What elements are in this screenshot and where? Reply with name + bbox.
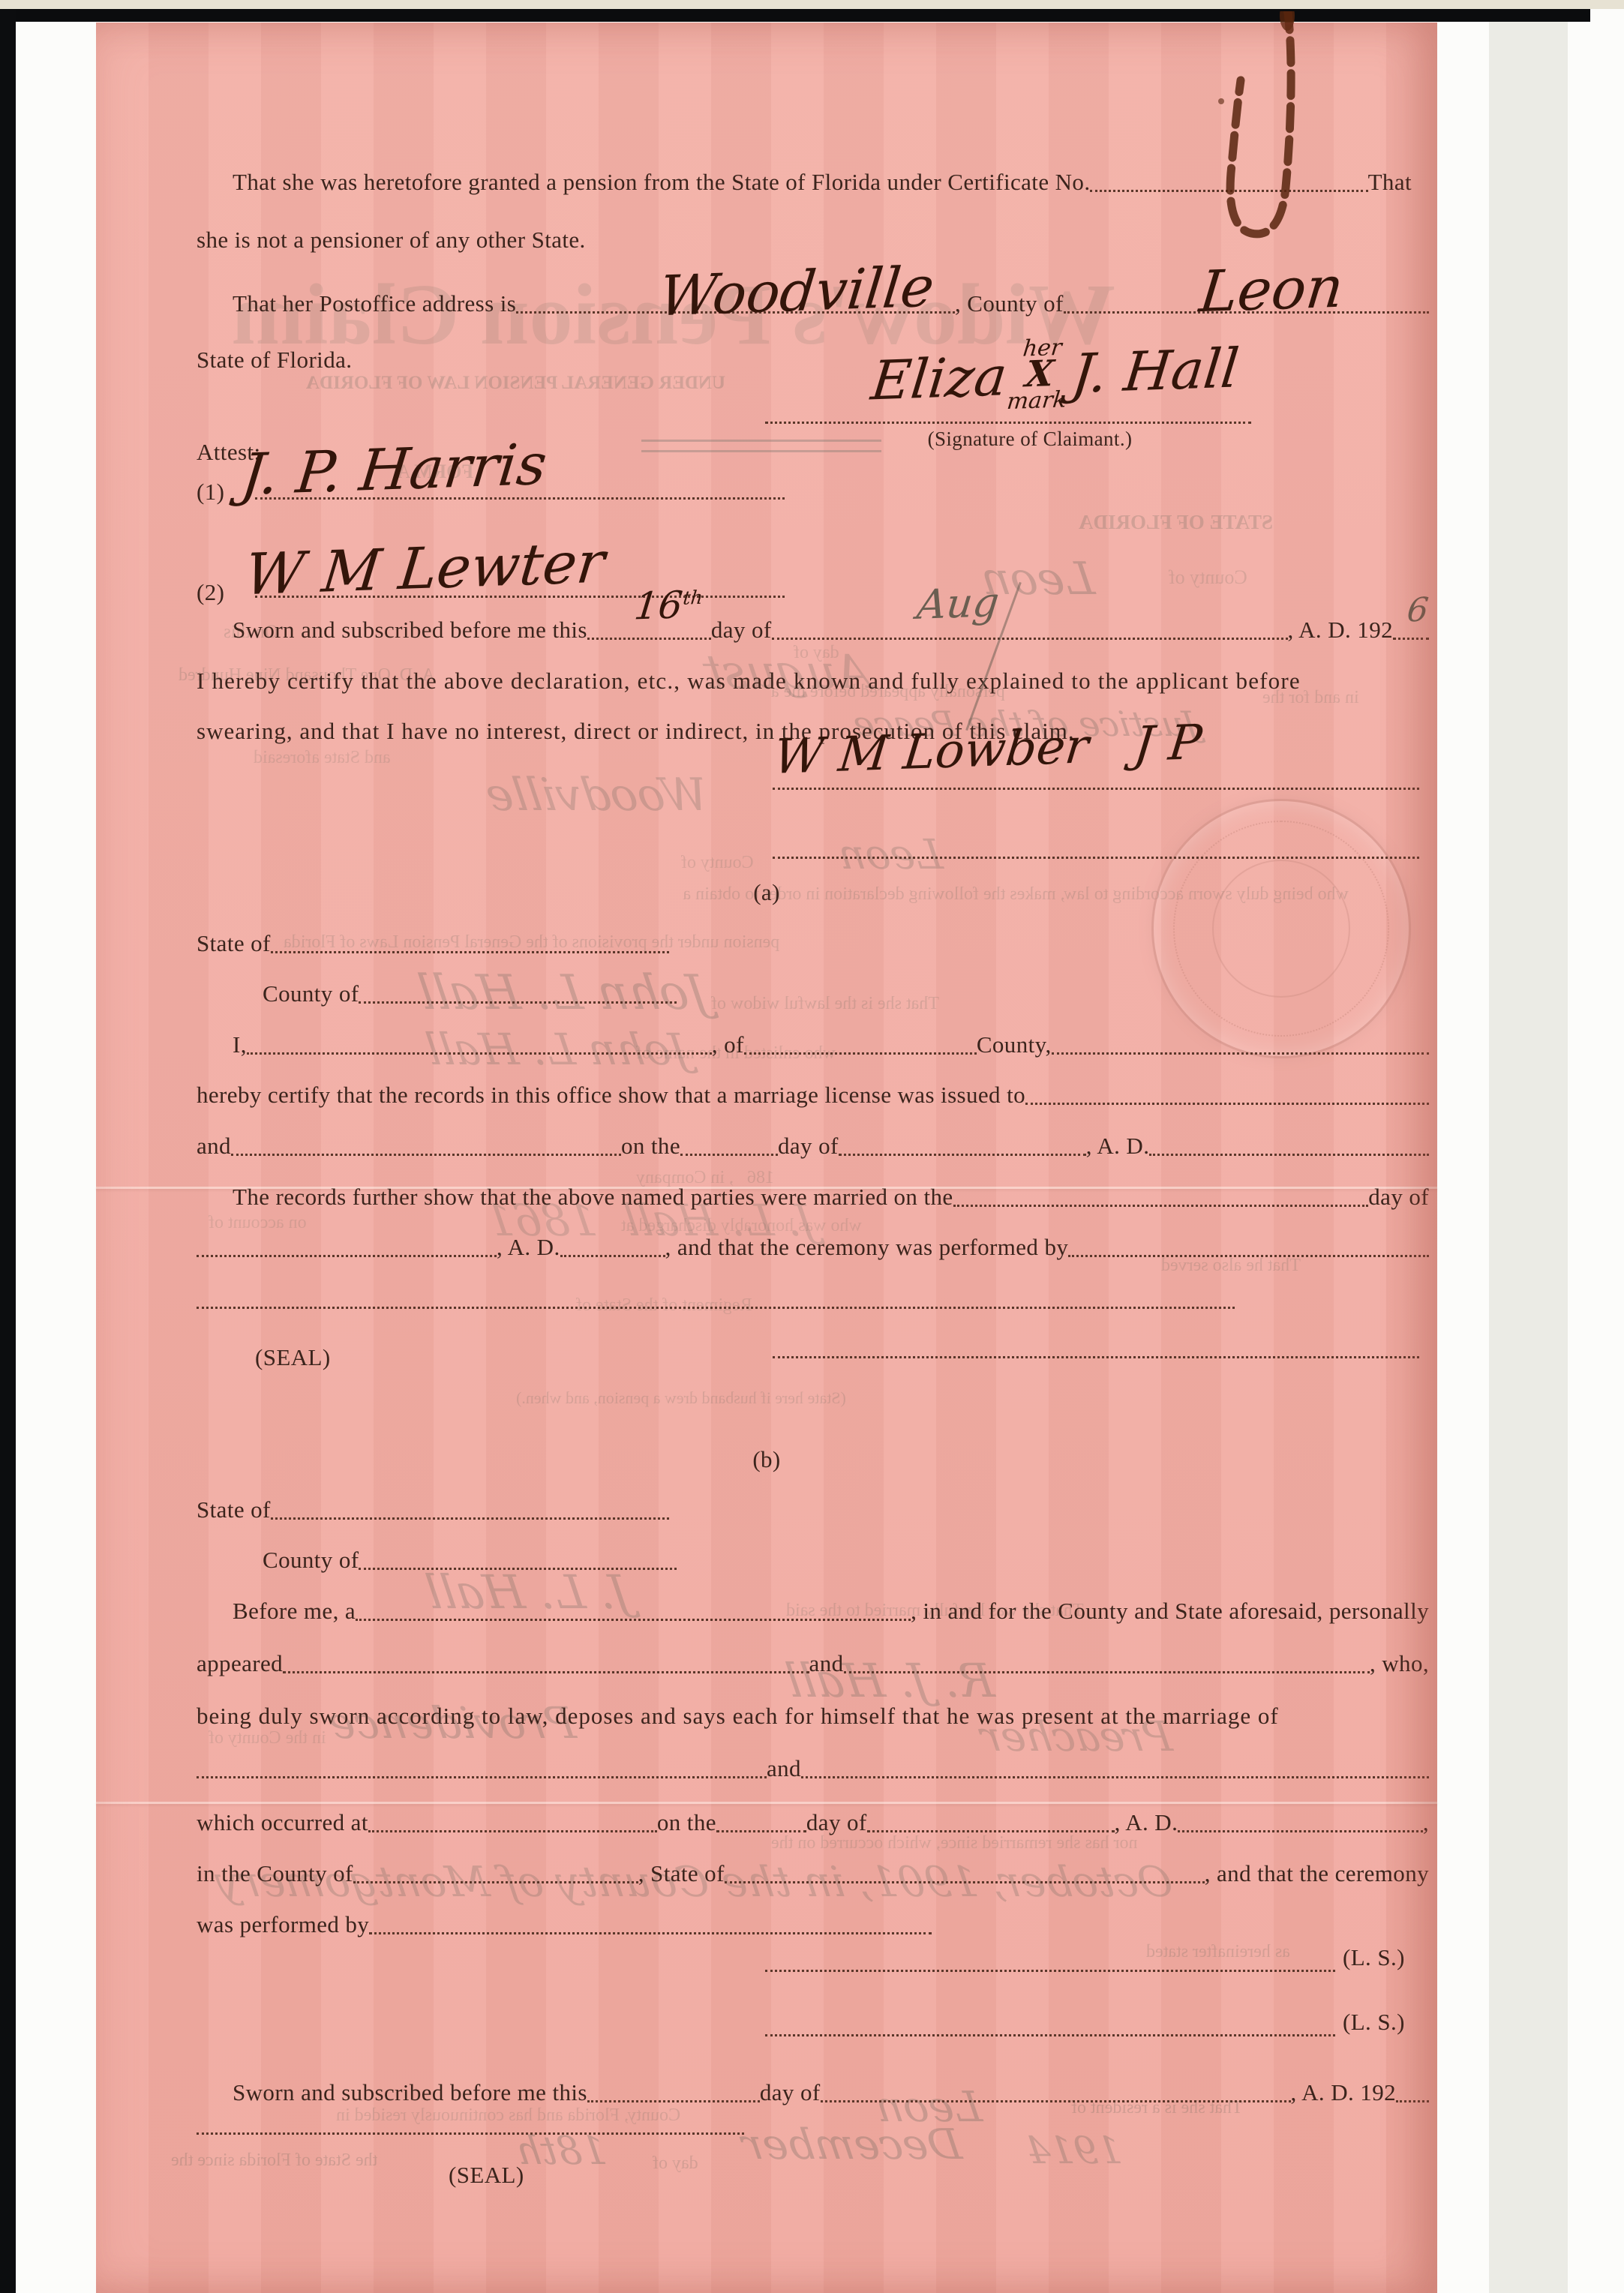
her-mark-stack: herXmark (1006, 337, 1073, 412)
ghost-script-leon-2: Leon (836, 834, 944, 875)
b-comma: , (1423, 1809, 1429, 1836)
embossed-notary-seal (1151, 799, 1411, 1058)
sworn1-ad: , A. D. 192 (1288, 617, 1393, 644)
ghost-day-of: day of (794, 644, 839, 662)
a-certify-row: hereby certify that the records in this … (197, 1082, 1429, 1109)
b-occurred-row: which occurred at on the day of , A. D. … (197, 1809, 1429, 1836)
witness2-num: (2) (197, 579, 224, 606)
ghost-resided: County, Florida and has continuously res… (336, 2106, 680, 2125)
paper-crease (96, 1802, 1437, 1804)
hw-claimant-signature: ElizaherXmarkJ. Hall (868, 332, 1243, 417)
ghost-script-december: December (740, 2124, 964, 2166)
a-day-blank (680, 1154, 778, 1156)
b-performed-row: was performed by (197, 1911, 932, 1938)
a-county2-label: County, (977, 1031, 1052, 1058)
b-inandfor-text: , in and for the County and State afores… (911, 1598, 1429, 1625)
hw-jhall: J. Hall (1070, 341, 1241, 401)
ls2-line (765, 2034, 1335, 2036)
state-florida-text: State of Florida. (197, 347, 352, 374)
section-b-label: (b) (752, 1446, 780, 1473)
hw-th: th (682, 587, 704, 609)
a-state-blank (271, 951, 669, 953)
postoffice-label: That her Postoffice address is (233, 290, 516, 317)
ghost-county-of: County of (1169, 567, 1247, 587)
b-witness2-blank (844, 1671, 1370, 1673)
hw-year-6: 6 (1406, 594, 1430, 628)
ghost-subtitle: UNDER GENERAL PENSION LAW OF FLORIDA (306, 374, 725, 393)
section-b-row: (b) (96, 1446, 1437, 1473)
ghost-since: the State of Florida since the (171, 2151, 377, 2170)
b-incounty-label: in the County of (197, 1860, 353, 1887)
scan-backing-sheet (1489, 22, 1568, 2293)
a-and-row: and on the day of , A. D. (197, 1133, 1429, 1160)
claimant-signature-line (765, 422, 1251, 424)
hw-jp-signature-lowber: W M Lowber J P (771, 719, 1204, 782)
a-seal-row: (SEAL) (255, 1344, 331, 1371)
a-i-row: I, , of County, (233, 1031, 1429, 1058)
ls2-label: (L. S.) (1343, 2009, 1405, 2036)
ls1-label: (L. S.) (1343, 1944, 1405, 1971)
bottom-left-line (197, 2132, 744, 2135)
b-state-blank (271, 1517, 669, 1520)
b-day-blank (716, 1830, 806, 1832)
sworn1-row: Sworn and subscribed before me this day … (233, 617, 1429, 644)
a-records-row: The records further show that the above … (233, 1184, 1429, 1211)
hw-16: 16 (632, 583, 685, 628)
b-ceremony2-text: , and that the ceremony (1205, 1860, 1429, 1887)
a-county2-blank (1052, 1052, 1429, 1055)
a-and-label: and (197, 1133, 231, 1160)
a-month2-blank (197, 1255, 497, 1257)
hw-postoffice-woodville: Woodville (656, 260, 937, 325)
scan-top-edge (0, 0, 1624, 9)
b-county-label: County of (263, 1547, 359, 1574)
b-year-blank (1178, 1830, 1423, 1832)
hw-eliza: Eliza (869, 349, 1010, 407)
sworn2-year-blank (1396, 2100, 1429, 2102)
sworn1-month-blank (772, 638, 1288, 640)
seal2-label: (SEAL) (449, 2162, 524, 2189)
ls1-row: (L. S.) (1343, 1944, 1405, 1971)
a-dayof-label: day of (778, 1133, 839, 1160)
b-county2-row: in the County of , State of , and that t… (197, 1860, 1429, 1887)
sworn2-dayof: day of (760, 2079, 821, 2106)
b-witness1-blank (283, 1671, 809, 1673)
a-long-line (197, 1307, 1235, 1309)
ghost-underline-1 (641, 440, 881, 442)
ghost-script-18th: 18th (513, 2132, 609, 2171)
ink-blot (1169, 11, 1394, 296)
ghost-state-here: (State here if husband drew a pension, a… (516, 1389, 846, 1406)
b-performer-blank (369, 1932, 932, 1934)
b-county2-blank (353, 1881, 638, 1883)
b-groom-blank (197, 1776, 767, 1778)
sworn2-text: Sworn and subscribed before me this (233, 2079, 587, 2106)
b-duly-row: being duly sworn according to law, depos… (197, 1703, 1279, 1730)
b-month-blank (867, 1830, 1115, 1832)
witness1-num: (1) (197, 479, 224, 506)
b-and-label: and (809, 1650, 844, 1677)
b-appeared-label: appeared (197, 1650, 283, 1677)
ghost-account: on account of (209, 1214, 307, 1232)
ghost-hereinafter: as hereinafter stated (1146, 1943, 1290, 1961)
a-official-line (773, 1356, 1419, 1358)
line-state-florida: State of Florida. (197, 347, 352, 374)
sworn2-row: Sworn and subscribed before me this day … (233, 2079, 1429, 2106)
a-ad-label: , A. D. (1086, 1133, 1150, 1160)
b-performed-label: was performed by (197, 1911, 369, 1938)
b-before-row: Before me, a , in and for the County and… (233, 1598, 1429, 1625)
a-of-blank (744, 1052, 977, 1055)
not-pensioner-text: she is not a pensioner of any other Stat… (197, 227, 586, 254)
a-state-row: State of (197, 930, 669, 957)
signature-caption-row: (Signature of Claimant.) (846, 428, 1214, 451)
sworn1-text: Sworn and subscribed before me this (233, 617, 587, 644)
b-and2-row: and (197, 1755, 1429, 1782)
a-performer-blank (1068, 1255, 1429, 1257)
a-records-dayof: day of (1368, 1184, 1429, 1211)
line-not-pensioner: she is not a pensioner of any other Stat… (197, 227, 586, 254)
jp-second-line (773, 857, 1419, 859)
a-issued-blank (1025, 1103, 1429, 1105)
ghost-in-county: in the County of (209, 1729, 326, 1748)
sworn2-day-blank (587, 2100, 760, 2102)
sworn2-month-blank (821, 2100, 1291, 2102)
b-place-blank (368, 1830, 657, 1832)
b-county-blank (359, 1568, 677, 1570)
certify1-text: I hereby certify that the above declarat… (197, 668, 1301, 695)
b-officer-blank (356, 1619, 911, 1621)
a-name-blank (247, 1052, 712, 1055)
hw-witness1-harris: J. P. Harris (239, 436, 549, 503)
b-appeared-row: appeared and , who, (197, 1650, 1429, 1677)
b-before-label: Before me, a (233, 1598, 356, 1625)
ghost-remarried: nor has she remarried since, which occur… (771, 1834, 1137, 1853)
signature-caption: (Signature of Claimant.) (928, 428, 1133, 451)
hw-month-aug: Aug (915, 582, 1001, 626)
a-i-label: I, (233, 1031, 247, 1058)
ls1-line (765, 1970, 1335, 1972)
ls2-row: (L. S.) (1343, 2009, 1405, 2036)
a-of-label: , of (712, 1031, 744, 1058)
witness2-number: (2) (197, 579, 224, 606)
a-and-blank (231, 1154, 621, 1156)
scanned-document: Widow's Pension Claim UNDER GENERAL PENS… (0, 0, 1624, 2293)
a-year2-blank (560, 1255, 665, 1257)
a-ceremony-text: , and that the ceremony was performed by (665, 1234, 1069, 1261)
scan-black-border-left (0, 9, 16, 2293)
a-ad2-label: , A. D. (497, 1234, 560, 1261)
a-year-blank (1149, 1154, 1429, 1156)
b-state-label: State of (197, 1496, 271, 1523)
ghost-aforesaid: and State aforesaid (254, 749, 391, 767)
sworn2-ad: , A. D. 192 (1291, 2079, 1396, 2106)
ghost-day-of-2: day of (653, 2154, 698, 2173)
b-who-label: , who, (1370, 1650, 1429, 1677)
witness1-number: (1) (197, 479, 224, 506)
b-duly-text: being duly sworn according to law, depos… (197, 1703, 1279, 1730)
hw-witness2-lewter: W M Lewter (242, 534, 608, 604)
sworn1-day-blank (587, 638, 711, 640)
county-label: , County of (955, 290, 1064, 317)
b-onthe-label: on the (657, 1809, 716, 1836)
section-a-label: (a) (753, 879, 780, 906)
ghost-lawful-widow: That she is the lawful widow of (711, 995, 939, 1013)
ghost-underline-2 (641, 450, 881, 452)
jp-signature-line (773, 788, 1419, 790)
certify1-row: I hereby certify that the above declarat… (197, 668, 1301, 695)
a-month-blank (839, 1154, 1086, 1156)
b-state2-blank (725, 1881, 1205, 1883)
a-certify-text: hereby certify that the records in this … (197, 1082, 1025, 1109)
a-state-label: State of (197, 930, 271, 957)
ghost-state-of-florida: STATE OF FLORIDA (1079, 512, 1273, 533)
ghost-regiment: Regiment of the State of (576, 1296, 752, 1315)
certificate-text: That she was heretofore granted a pensio… (233, 169, 1090, 196)
b-county-row: County of (263, 1547, 677, 1574)
a-county-row: County of (263, 980, 677, 1007)
a-ceremony-row: , A. D. , and that the ceremony was perf… (197, 1234, 1429, 1261)
b-ad-label: , A. D. (1115, 1809, 1178, 1836)
ghost-script-woodville: Woodville (483, 773, 711, 818)
b-and2-label: and (767, 1755, 801, 1782)
pension-form-page: Widow's Pension Claim UNDER GENERAL PENS… (96, 23, 1437, 2293)
her-mark-x: X (1024, 358, 1055, 391)
a-seal-label: (SEAL) (255, 1344, 331, 1371)
a-county-blank (359, 1001, 677, 1004)
a-records-text: The records further show that the above … (233, 1184, 953, 1211)
sworn1-dayof: day of (711, 617, 772, 644)
a-county-label: County of (263, 980, 359, 1007)
b-dayof-label: day of (806, 1809, 867, 1836)
seal2-row: (SEAL) (449, 2162, 524, 2189)
b-state-row: State of (197, 1496, 669, 1523)
hw-day-16: 16th (632, 585, 704, 625)
sworn1-year-blank (1393, 638, 1429, 640)
hw-mark: mark (1006, 390, 1067, 413)
section-a-row: (a) (96, 879, 1437, 906)
b-stateof2-label: , State of (638, 1860, 725, 1887)
b-bride-blank (801, 1776, 1429, 1778)
ghost-county-leon-label: County of (681, 854, 754, 872)
a-married-day-blank (953, 1205, 1369, 1207)
b-occurred-label: which occurred at (197, 1809, 368, 1836)
a-onthe-label: on the (621, 1133, 680, 1160)
ghost-script-1914: 1914 (1023, 2132, 1124, 2169)
